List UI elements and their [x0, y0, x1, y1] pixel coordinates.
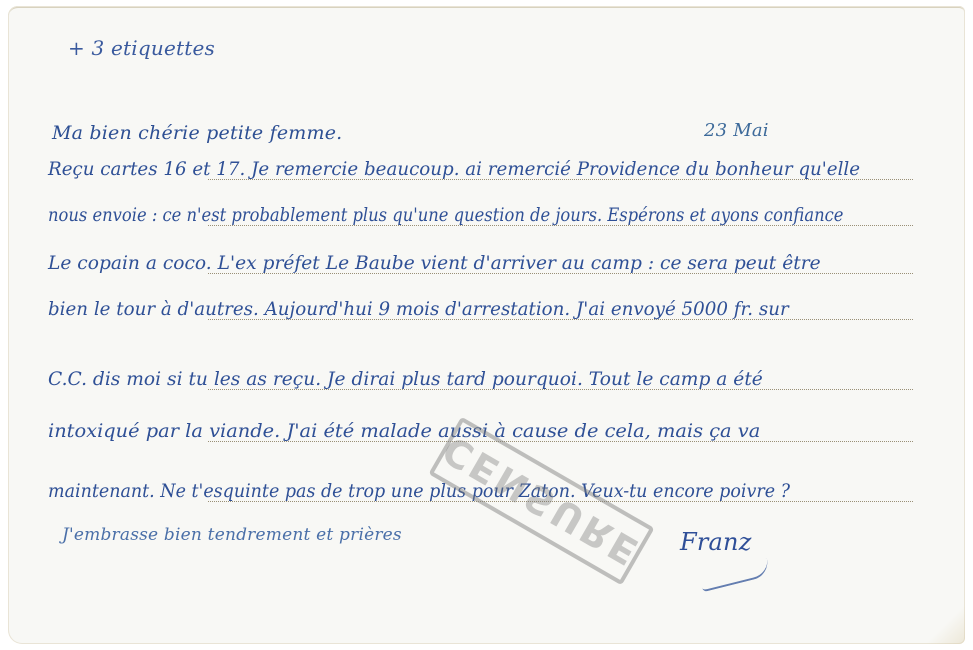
body-line-text: Reçu cartes 16 et 17. Je remercie beauco… [48, 158, 860, 180]
header-note: + 3 etiquettes [68, 36, 215, 60]
body-line-4: bien le tour à d'autres. Aujourd'hui 9 m… [48, 290, 968, 326]
date: 23 Mai [704, 120, 769, 141]
body-line-2: nous envoie : ce n'est probablement plus… [48, 196, 968, 232]
body-line-text: nous envoie : ce n'est probablement plus… [48, 204, 843, 226]
body-line-text: Le copain a coco. L'ex préfet Le Baube v… [48, 252, 821, 274]
signature: Franz [680, 528, 752, 556]
closing: J'embrasse bien tendrement et prières [62, 525, 402, 545]
body-line-3: Le copain a coco. L'ex préfet Le Baube v… [48, 244, 968, 280]
body-line-text: C.C. dis moi si tu les as reçu. Je dirai… [48, 368, 763, 390]
body-line-text: maintenant. Ne t'esquinte pas de trop un… [48, 480, 790, 502]
salutation: Ma bien chérie petite femme. [52, 122, 342, 144]
body-line-1: Reçu cartes 16 et 17. Je remercie beauco… [48, 150, 968, 186]
body-line-5: C.C. dis moi si tu les as reçu. Je dirai… [48, 360, 968, 396]
body-line-text: intoxiqué par la viande. J'ai été malade… [48, 420, 760, 442]
body-line-text: bien le tour à d'autres. Aujourd'hui 9 m… [48, 298, 789, 320]
